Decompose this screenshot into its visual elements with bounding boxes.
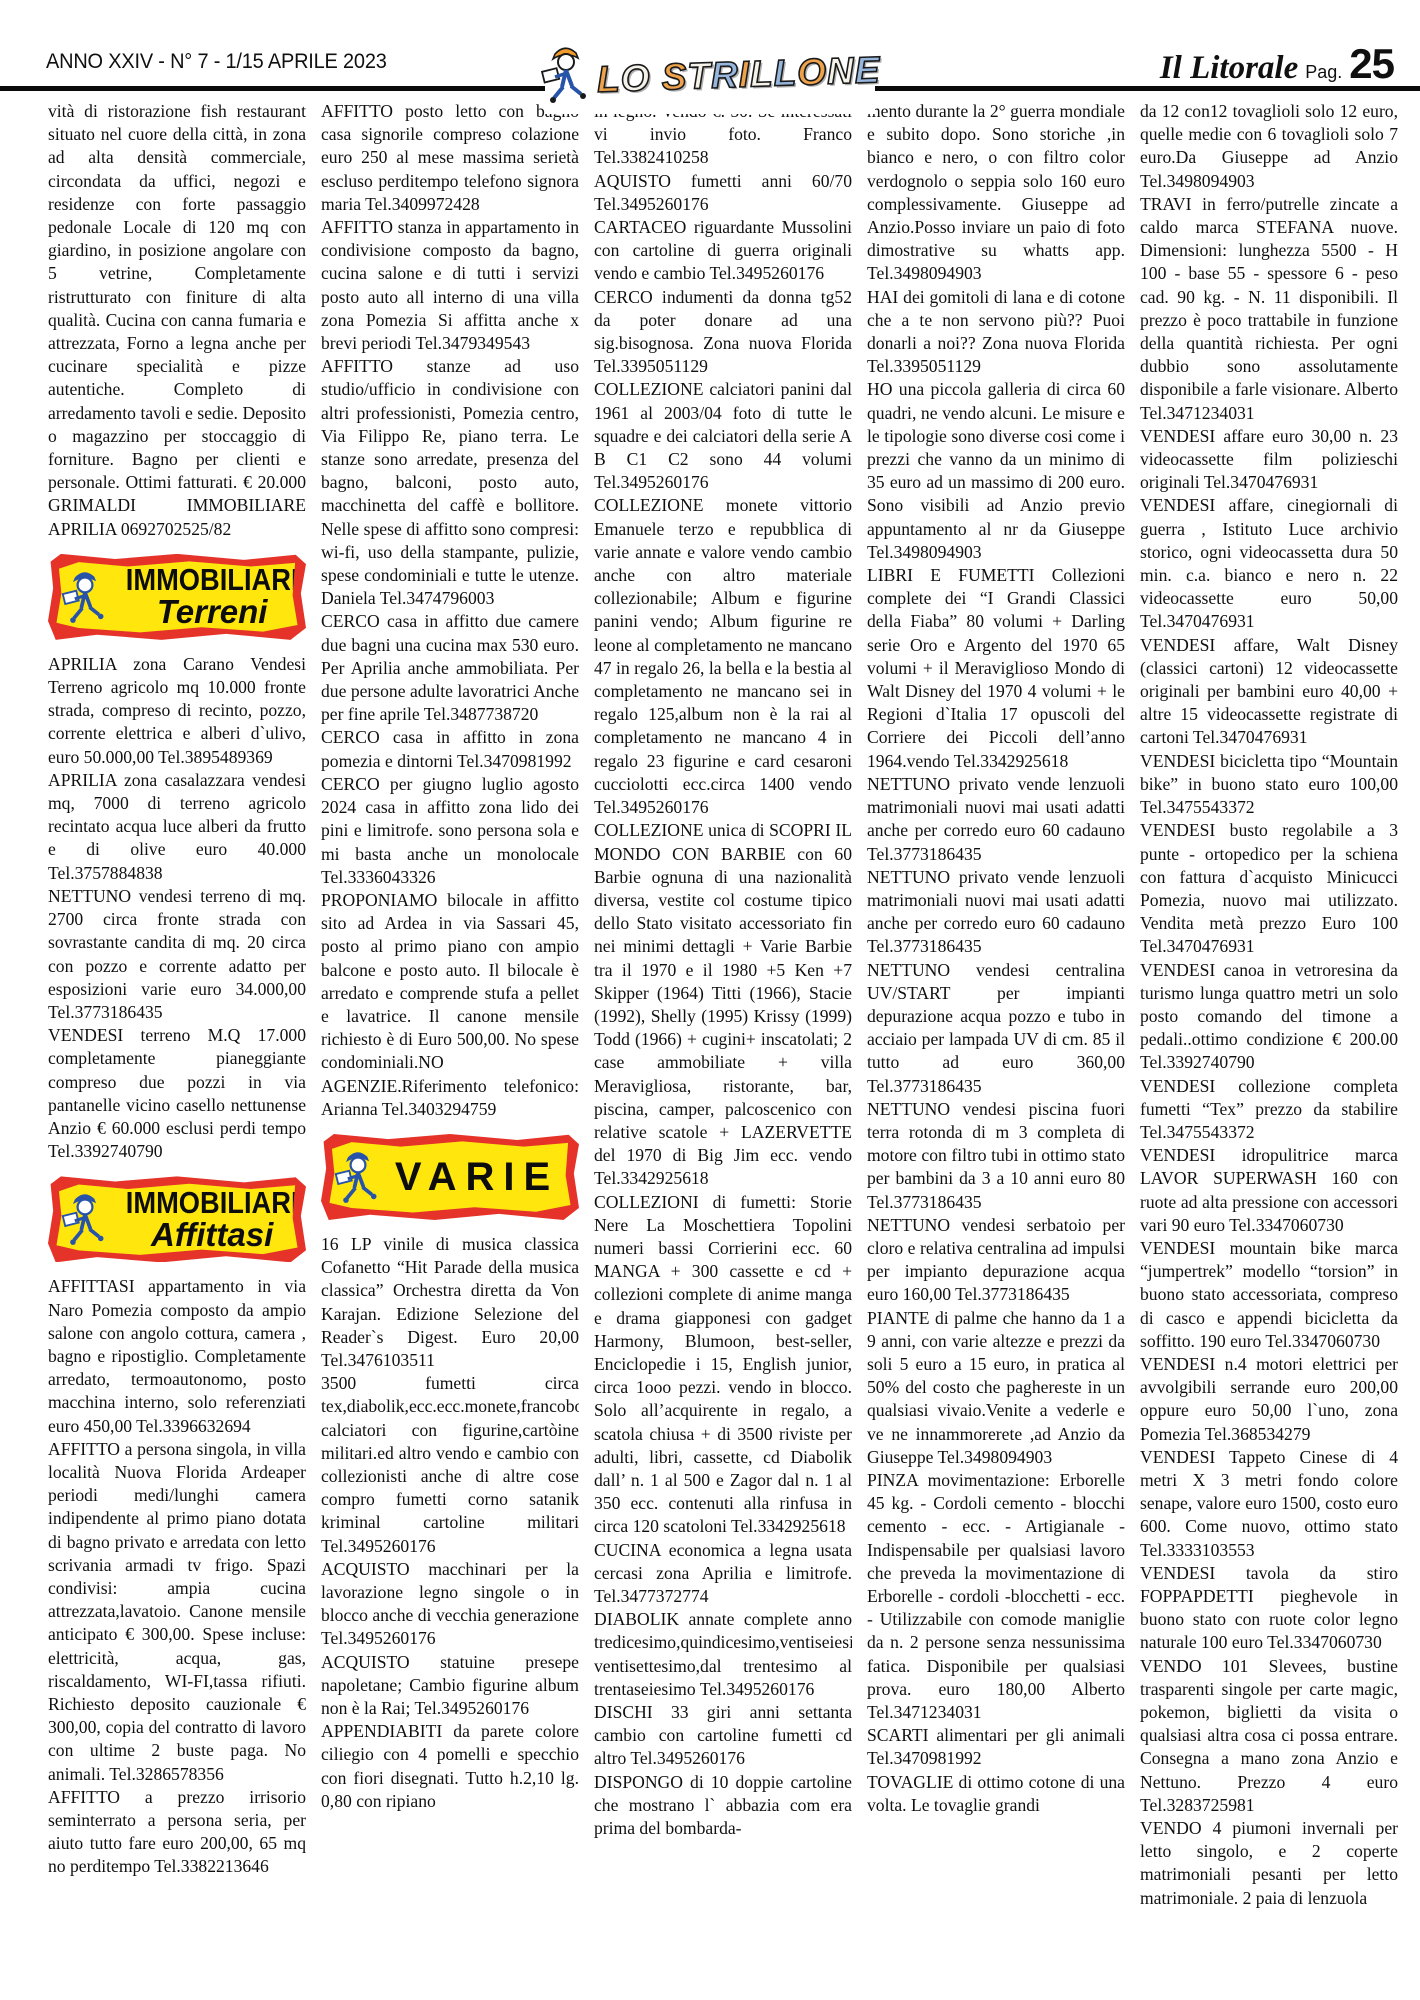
newsboy-icon [60, 1188, 110, 1250]
section-banner-affittasi: IMMOBILIARIAffittasi [48, 1176, 306, 1262]
newsboy-icon [60, 566, 110, 628]
classified-ad: 3500 fumetti circa tex,diabolik,ecc.ecc.… [321, 1372, 579, 1558]
section-subtitle: Terreni [114, 595, 306, 630]
column-3: in legno. Vendo €. 50. Se interessati vi… [594, 100, 852, 1992]
classified-ad: VENDO 4 piumoni invernali per letto sing… [1140, 1817, 1398, 1910]
section-banner-inner: IMMOBILIARITerreni [54, 560, 300, 634]
classified-ad: vità di ristorazione fish restaurant sit… [48, 100, 306, 541]
classified-ad: AQUISTO fumetti anni 60/70 Tel.349526017… [594, 170, 852, 216]
classified-ad: APRILIA zona casalazzara vendesi mq, 700… [48, 769, 306, 885]
classified-ad: LIBRI E FUMETTI Collezioni complete dei … [867, 564, 1125, 773]
column-2: AFFITTO posto letto con bagno casa signo… [321, 100, 579, 1992]
classified-ad: da 12 con12 tovaglioli solo 12 euro, que… [1140, 100, 1398, 193]
section-banner-text: IMMOBILIARIAffittasi [114, 1187, 306, 1253]
classified-ad: VENDESI Tappeto Cinese di 4 metri X 3 me… [1140, 1446, 1398, 1562]
classified-ad: VENDESI n.4 motori elettrici per avvolgi… [1140, 1353, 1398, 1446]
classified-ad: NETTUNO privato vende lenzuoli matrimoni… [867, 866, 1125, 959]
classified-ad: PROPONIAMO bilocale in affitto sito ad A… [321, 889, 579, 1121]
section-title: IMMOBILIARI [126, 1187, 299, 1218]
classified-ad: VENDESI terreno M.Q 17.000 completamente… [48, 1024, 306, 1163]
section-banner-text: IMMOBILIARITerreni [114, 564, 306, 630]
classifieds-columns: vità di ristorazione fish restaurant sit… [48, 100, 1398, 1992]
classified-ad: VENDESI idropulitrice marca LAVOR SUPERW… [1140, 1144, 1398, 1237]
page-number: 25 [1349, 40, 1394, 88]
classified-ad: VENDESI mountain bike marca “jumpertrek”… [1140, 1237, 1398, 1353]
classified-ad: DISCHI 33 giri anni settanta cambio con … [594, 1701, 852, 1771]
section-banner-varie: VARIE [321, 1134, 579, 1220]
logo-wordmark: LO STRILLONE [597, 49, 882, 101]
column-1: vità di ristorazione fish restaurant sit… [48, 100, 306, 1992]
section-subtitle: Affittasi [114, 1218, 306, 1253]
section-title: VARIE [387, 1157, 567, 1197]
newspaper-logo: LO STRILLONE [545, 36, 875, 114]
classified-ad: VENDESI affare, cinegiornali di guerra ,… [1140, 494, 1398, 633]
classified-ad: NETTUNO vendesi centralina UV/START per … [867, 959, 1125, 1098]
classified-ad: AFFITTO stanze ad uso studio/ufficio in … [321, 355, 579, 610]
classified-ad: VENDESI busto regolabile a 3 punte - ort… [1140, 819, 1398, 958]
page-label: Pag. [1305, 62, 1342, 83]
classified-ad: COLLEZIONE calciatori panini dal 1961 al… [594, 378, 852, 494]
section-banner-text: VARIE [387, 1157, 567, 1197]
section-banner-inner: VARIE [327, 1140, 573, 1214]
section-title: IMMOBILIARI [126, 564, 299, 595]
section-banner-inner: IMMOBILIARIAffittasi [54, 1182, 300, 1256]
classified-ad: SCARTI alimentari per gli animali Tel.34… [867, 1724, 1125, 1770]
classified-ad: AFFITTO a persona singola, in villa loca… [48, 1438, 306, 1786]
classified-ad: CERCO per giugno luglio agosto 2024 casa… [321, 773, 579, 889]
classified-ad: DISPONGO di 10 doppie cartoline che most… [594, 1771, 852, 1841]
classified-ad: AFFITTASI appartamento in via Naro Pomez… [48, 1275, 306, 1437]
classified-ad: CARTACEO riguardante Mussolini con carto… [594, 216, 852, 286]
classified-ad: PIANTE di palme che hanno da 1 a 9 anni,… [867, 1307, 1125, 1469]
classified-ad: VENDO 101 Slevees, bustine trasparenti s… [1140, 1655, 1398, 1817]
classified-ad: 16 LP vinile di musica classica Cofanett… [321, 1233, 579, 1372]
masthead-title: Il Litorale [1160, 50, 1298, 87]
classified-ad: AFFITTO stanza in appartamento in condiv… [321, 216, 579, 355]
classified-ad: mento durante la 2° guerra mondiale e su… [867, 100, 1125, 286]
classified-ad: CERCO casa in affitto in zona pomezia e … [321, 726, 579, 772]
classified-ad: NETTUNO privato vende lenzuoli matrimoni… [867, 773, 1125, 866]
classified-ad: HO una piccola galleria di circa 60 quad… [867, 378, 1125, 564]
classified-ad: TRAVI in ferro/putrelle zincate a caldo … [1140, 193, 1398, 425]
classified-ad: CERCO indumenti da donna tg52 da poter d… [594, 286, 852, 379]
classified-ad: VENDESI canoa in vetroresina da turismo … [1140, 959, 1398, 1075]
column-4: mento durante la 2° guerra mondiale e su… [867, 100, 1125, 1992]
classified-ad: NETTUNO vendesi terreno di mq. 2700 circ… [48, 885, 306, 1024]
classified-ad: ACQUISTO macchinari per la lavorazione l… [321, 1558, 579, 1651]
classified-ad: COLLEZIONE monete vittorio Emanuele terz… [594, 494, 852, 819]
classified-ad: TOVAGLIE di ottimo cotone di una volta. … [867, 1771, 1125, 1817]
classified-ad: ACQUISTO statuine presepe napoletane; Ca… [321, 1651, 579, 1721]
classified-ad: APRILIA zona Carano Vendesi Terreno agri… [48, 653, 306, 769]
classified-ad: VENDESI collezione completa fumetti “Tex… [1140, 1075, 1398, 1145]
newsboy-icon [333, 1146, 383, 1208]
classified-ad: COLLEZIONE unica di SCOPRI IL MONDO CON … [594, 819, 852, 1190]
classified-ad: CERCO casa in affitto due camere due bag… [321, 610, 579, 726]
classified-ad: VENDESI tavola da stiro FOPPAPDETTI pieg… [1140, 1562, 1398, 1655]
classified-ad: COLLEZIONI di fumetti: Storie Nere La Mo… [594, 1191, 852, 1539]
classified-ad: DIABOLIK annate complete anno tredicesim… [594, 1608, 852, 1701]
classified-ad: CUCINA economica a legna usata cercasi z… [594, 1539, 852, 1609]
classified-ad: APPENDIABITI da parete colore ciliegio c… [321, 1720, 579, 1813]
column-5: da 12 con12 tovaglioli solo 12 euro, que… [1140, 100, 1398, 1992]
classified-ad: NETTUNO vendesi serbatoio per cloro e re… [867, 1214, 1125, 1307]
issue-line: ANNO XXIV - N° 7 - 1/15 APRILE 2023 [46, 50, 387, 74]
masthead: Il Litorale Pag. 25 [1160, 40, 1394, 88]
newspaper-page: ANNO XXIV - N° 7 - 1/15 APRILE 2023 LO S… [0, 0, 1420, 2000]
classified-ad: NETTUNO vendesi piscina fuori terra roto… [867, 1098, 1125, 1214]
classified-ad: AFFITTO posto letto con bagno casa signo… [321, 100, 579, 216]
classified-ad: PINZA movimentazione: Erborelle 45 kg. -… [867, 1469, 1125, 1724]
classified-ad: VENDESI bicicletta tipo “Mountain bike” … [1140, 750, 1398, 820]
section-banner-terreni: IMMOBILIARITerreni [48, 554, 306, 640]
classified-ad: HAI dei gomitoli di lana e di cotone che… [867, 286, 1125, 379]
classified-ad: VENDESI affare, Walt Disney (classici ca… [1140, 634, 1398, 750]
classified-ad: AFFITTO a prezzo irrisorio seminterrato … [48, 1786, 306, 1879]
classified-ad: VENDESI affare euro 30,00 n. 23 videocas… [1140, 425, 1398, 495]
newsboy-logo-icon [539, 42, 593, 108]
